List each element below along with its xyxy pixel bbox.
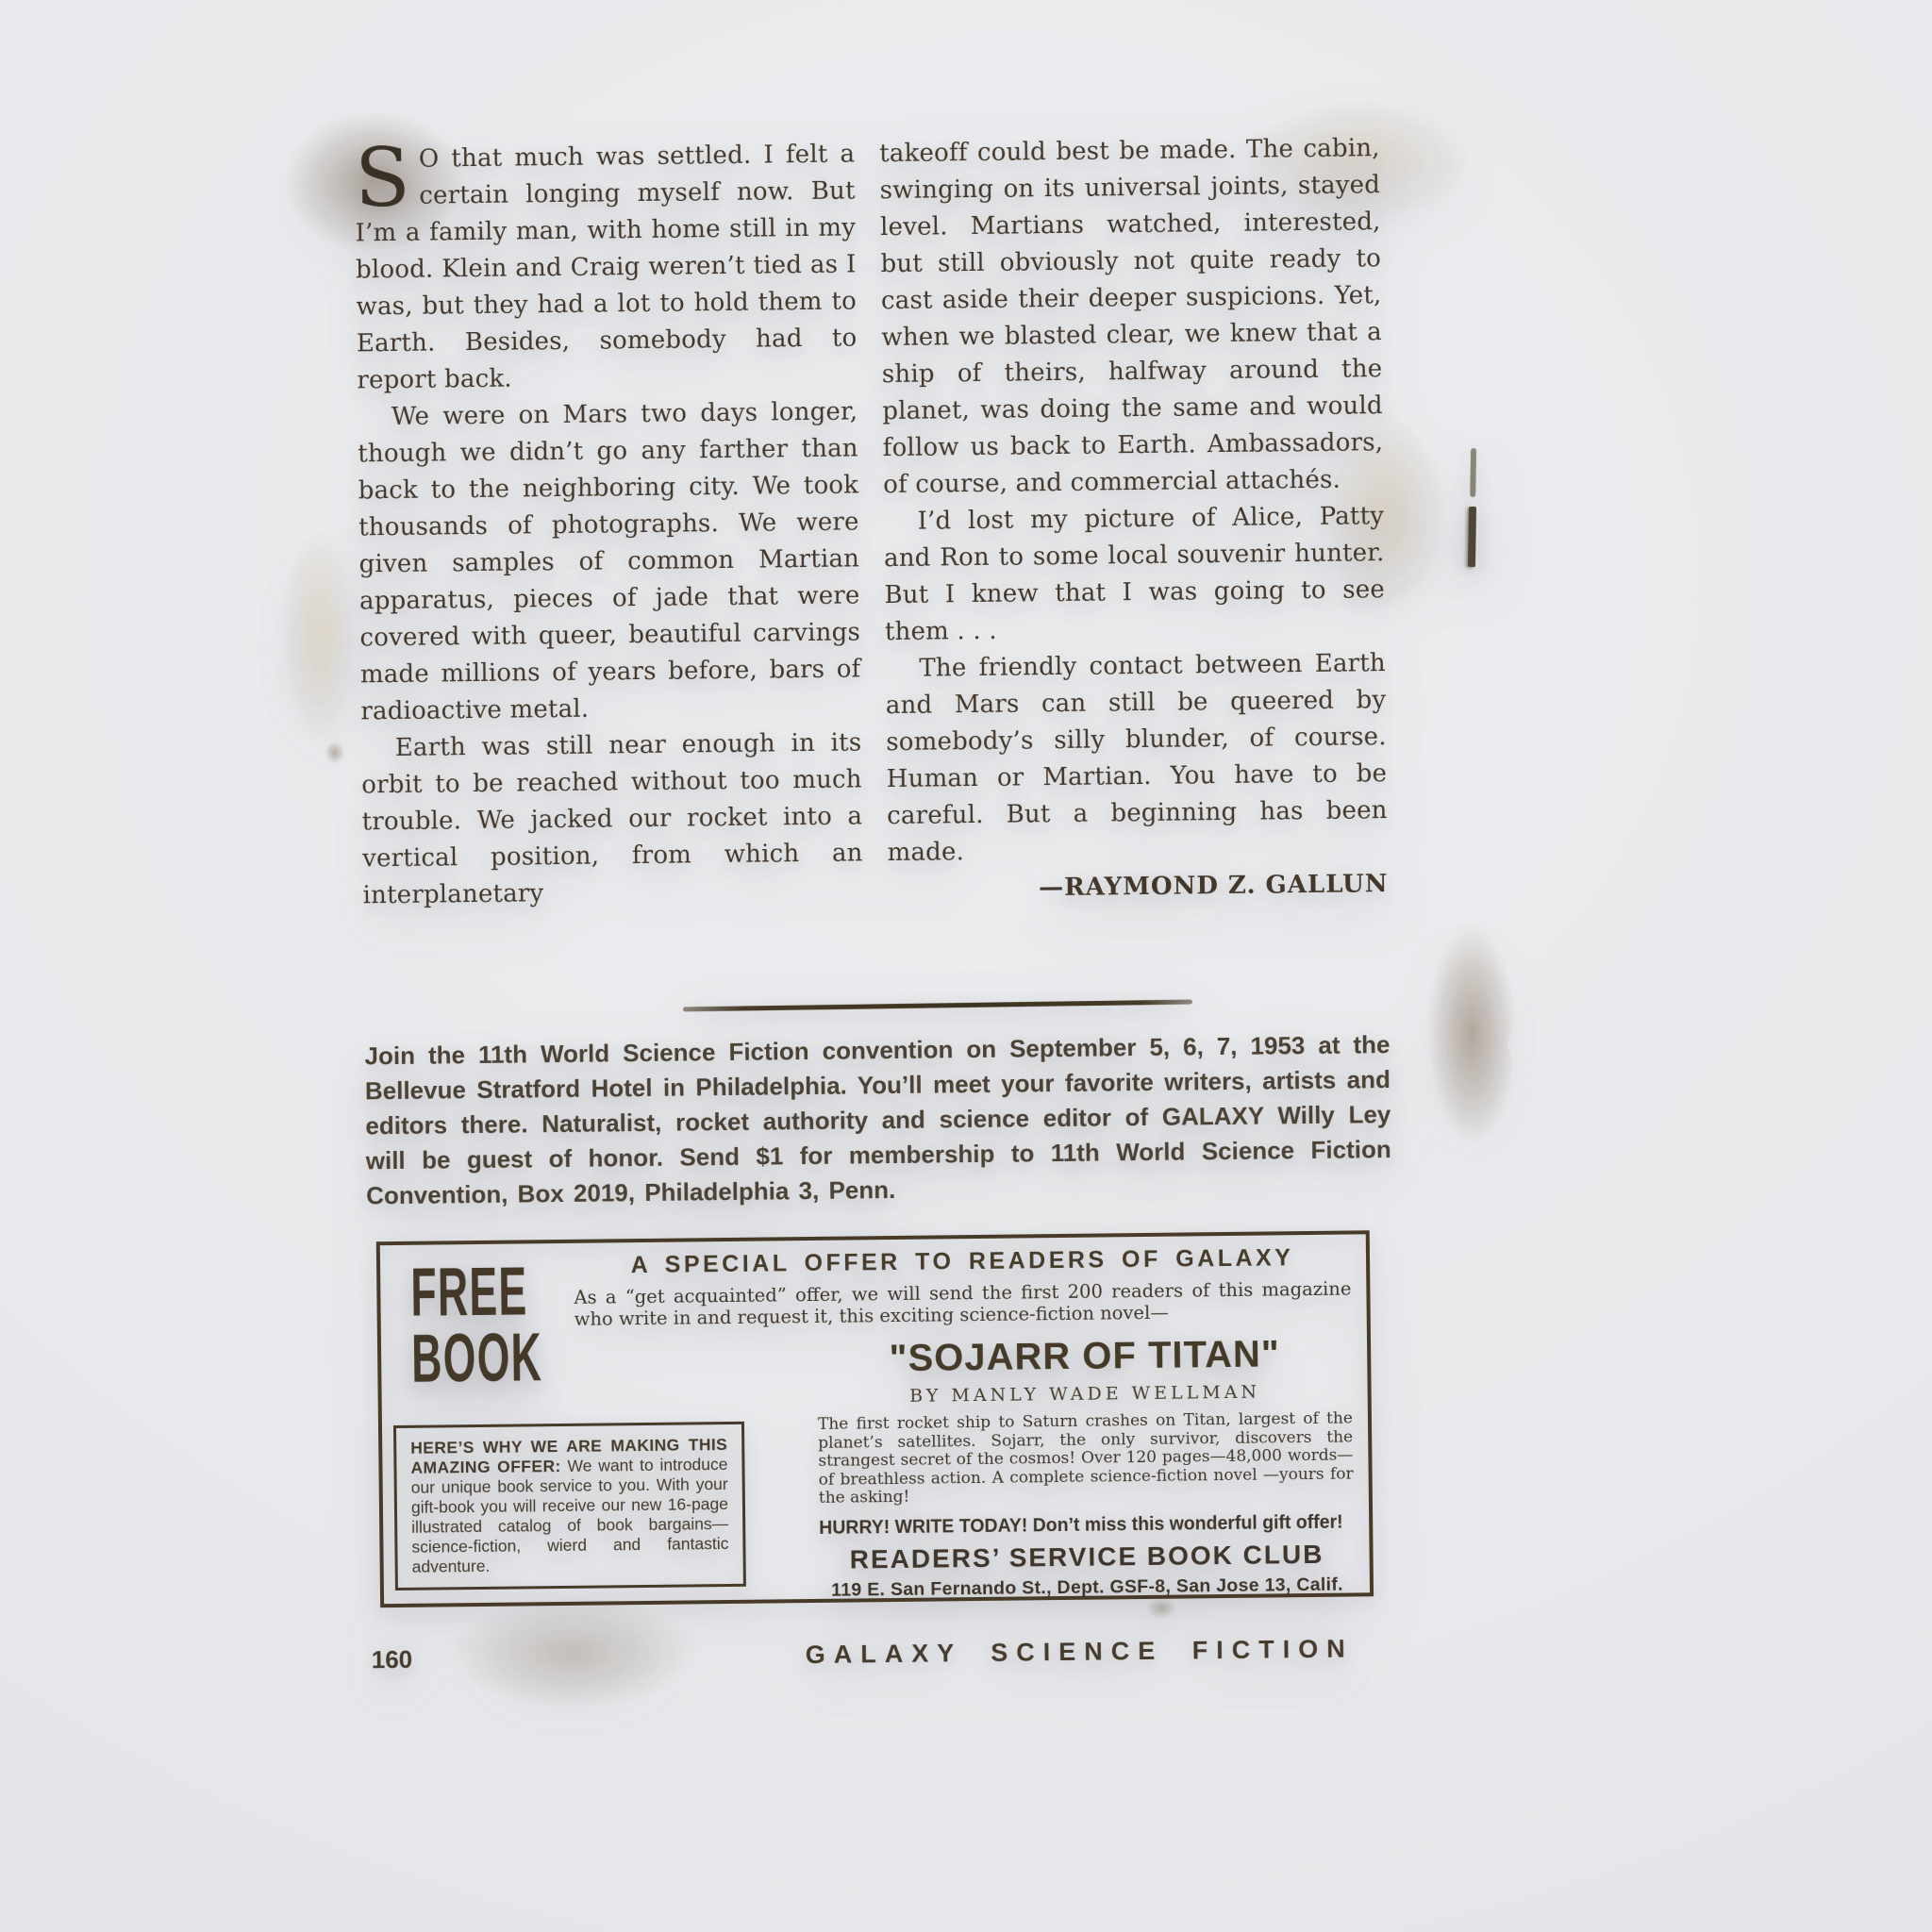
book-club-address: 119 E. San Fernando St., Dept. GSF-8, Sa…	[820, 1574, 1355, 1601]
story-paragraph: SO that much was settled. I felt a certa…	[355, 136, 858, 399]
paper-sheet: SO that much was settled. I felt a certa…	[253, 74, 1530, 1778]
story-text: SO that much was settled. I felt a certa…	[355, 130, 1390, 991]
ad-offer-intro: As a “get acquainted” offer, we will sen…	[574, 1277, 1351, 1329]
author-byline: —RAYMOND Z. GALLUN	[888, 866, 1389, 908]
story-column-left: SO that much was settled. I felt a certa…	[355, 136, 865, 991]
story-paragraph: takeoff could best be made. The cabin, s…	[879, 130, 1384, 504]
story-paragraph: Earth was still near enough in its orbit…	[361, 724, 864, 914]
hurry-call-to-action: HURRY! WRITE TODAY! Don’t miss this wond…	[819, 1510, 1327, 1539]
free-book-line1: FREE	[410, 1258, 542, 1326]
book-author: BY MANLY WADE WELLMAN	[818, 1380, 1353, 1407]
section-divider-rule	[682, 999, 1191, 1011]
ad-book-block: "SOJARR OF TITAN" BY MANLY WADE WELLMAN …	[817, 1332, 1355, 1601]
magazine-back-page: SO that much was settled. I felt a certa…	[253, 74, 1530, 1778]
page-footer: 160 GALAXY SCIENCE FICTION	[372, 1634, 1397, 1674]
story-paragraph: I’d lost my picture of Alice, Patty and …	[883, 498, 1385, 651]
story-column-right: takeoff could best be made. The cabin, s…	[879, 130, 1390, 985]
book-title: "SOJARR OF TITAN"	[817, 1332, 1352, 1380]
free-book-headline: FREE BOOK	[410, 1258, 542, 1392]
page-number: 160	[372, 1645, 413, 1674]
story-paragraph-text: O that much was settled. I felt a certai…	[355, 140, 857, 394]
convention-notice: Join the 11th World Science Fiction conv…	[364, 1027, 1391, 1213]
free-book-ad: FREE BOOK HERE’S WHY WE ARE MAKING THIS …	[376, 1230, 1374, 1607]
drop-cap: S	[355, 142, 420, 210]
page-content: SO that much was settled. I felt a certa…	[253, 74, 1529, 1675]
book-club-name: READERS’ SERVICE BOOK CLUB	[819, 1539, 1354, 1574]
free-book-line2: BOOK	[411, 1324, 543, 1392]
magazine-title: GALAXY SCIENCE FICTION	[806, 1634, 1397, 1670]
book-description: The first rocket ship to Saturn crashes …	[818, 1409, 1354, 1507]
photo-backdrop: SO that much was settled. I felt a certa…	[0, 0, 1932, 1932]
why-offer-box: HERE’S WHY WE ARE MAKING THIS AMAZING OF…	[393, 1422, 746, 1591]
story-paragraph: We were on Mars two days longer, though …	[358, 393, 861, 730]
ad-offer-block: A SPECIAL OFFER TO READERS OF GALAXY As …	[574, 1243, 1352, 1329]
ad-offer-header: A SPECIAL OFFER TO READERS OF GALAXY	[574, 1243, 1351, 1279]
story-paragraph: The friendly contact between Earth and M…	[885, 645, 1388, 872]
